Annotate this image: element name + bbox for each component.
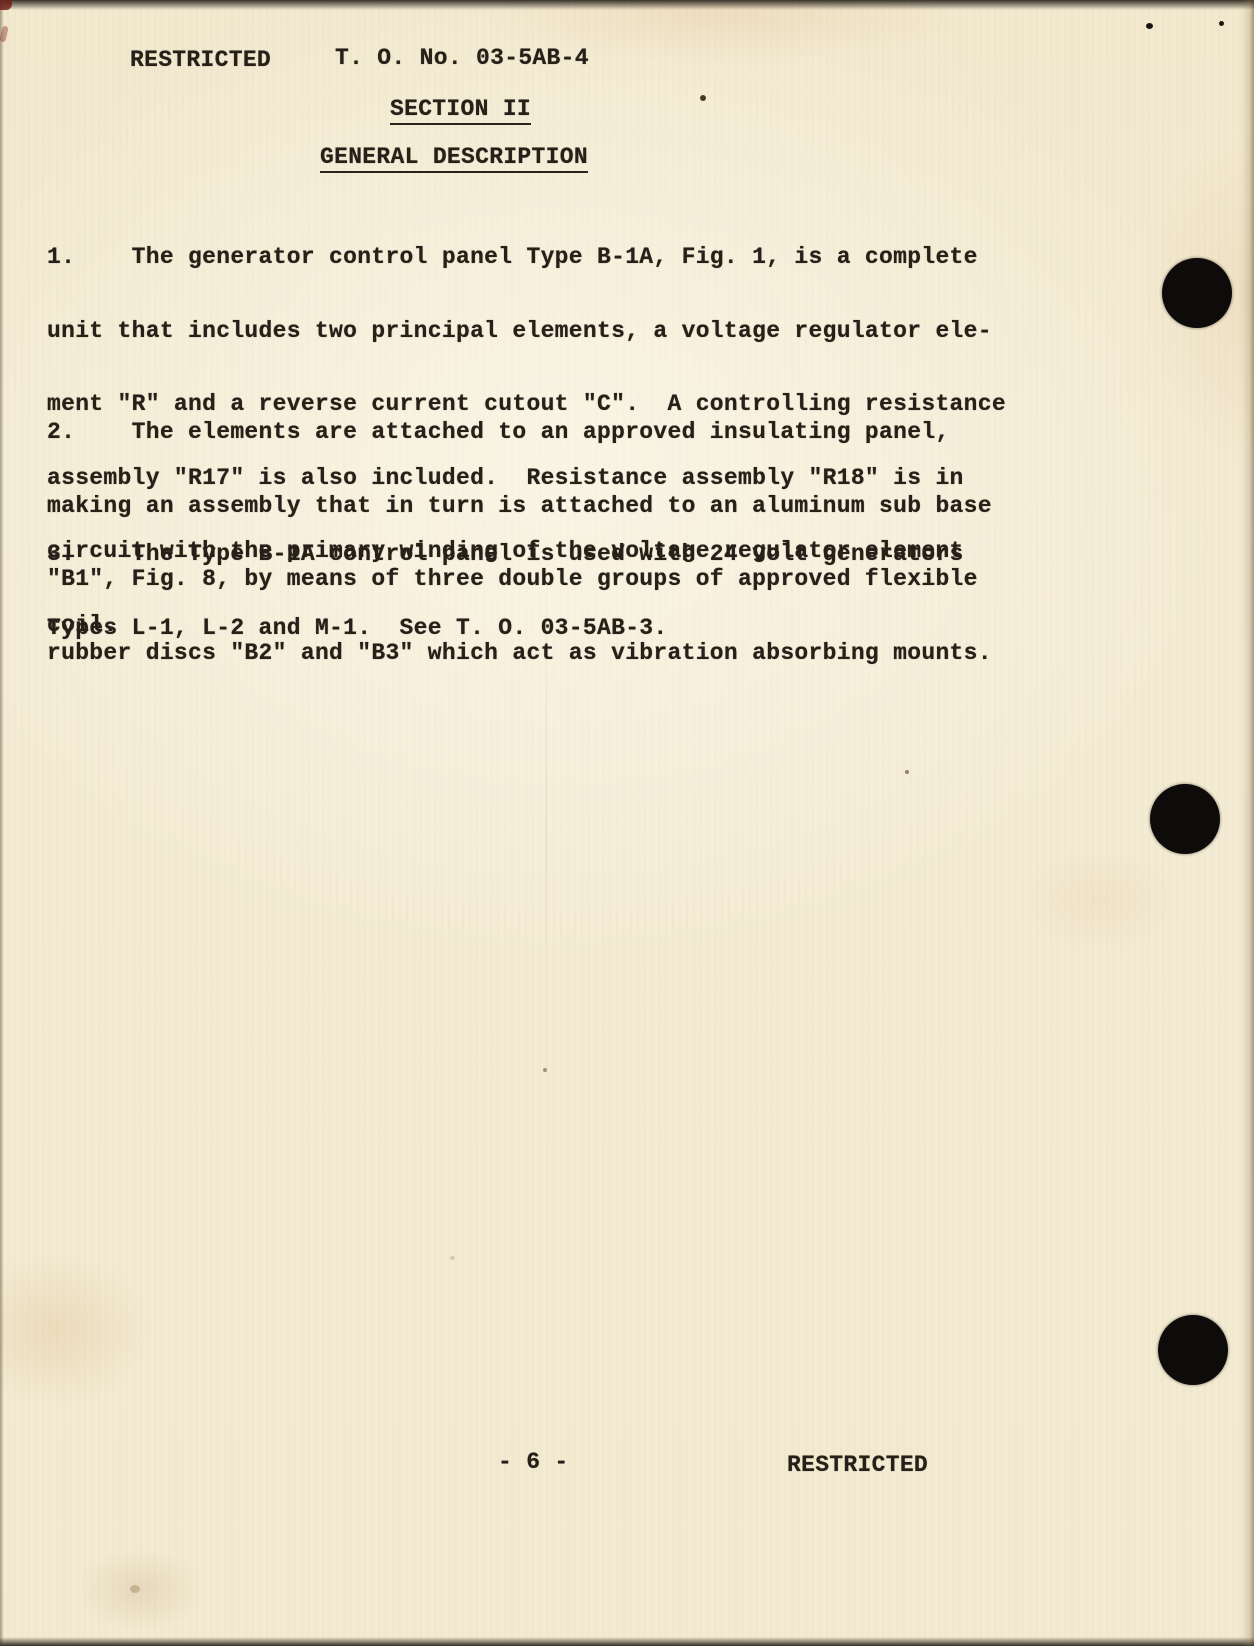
classification-footer: RESTRICTED [787, 1453, 928, 1478]
technical-order-number: T. O. No. 03-5AB-4 [335, 46, 589, 71]
paragraph-3-line-2: Types L-1, L-2 and M-1. See T. O. 03-5AB… [47, 616, 964, 641]
page-number: - 6 - [498, 1450, 569, 1475]
page-edge-right [1240, 0, 1254, 1646]
classification-header: RESTRICTED [130, 48, 271, 73]
binder-hole-top [1162, 258, 1232, 328]
stain-speck [905, 770, 909, 774]
paragraph-3: 3. The Type B-1A control panel is used w… [47, 493, 964, 689]
scan-edge-left [0, 0, 4, 1646]
binder-hole-bottom [1158, 1315, 1228, 1385]
stain-speck [450, 1256, 455, 1260]
ink-speck [1219, 21, 1224, 26]
scan-edge-bottom [0, 1637, 1254, 1646]
stain-speck [130, 1585, 140, 1593]
section-subtitle: GENERAL DESCRIPTION [320, 145, 588, 173]
paragraph-1-line-1: 1. The generator control panel Type B-1A… [47, 245, 1006, 270]
paragraph-1-line-2: unit that includes two principal element… [47, 319, 1006, 344]
scan-edge-top [0, 0, 1254, 10]
scanned-document-page: RESTRICTED T. O. No. 03-5AB-4 SECTION II… [0, 0, 1254, 1646]
paragraph-2-line-1: 2. The elements are attached to an appro… [47, 420, 992, 445]
ink-speck [1146, 23, 1153, 29]
paragraph-3-line-1: 3. The Type B-1A control panel is used w… [47, 542, 964, 567]
section-title: SECTION II [390, 97, 531, 125]
binder-hole-middle [1150, 784, 1220, 854]
red-pencil-mark [0, 26, 9, 43]
stain-speck [543, 1068, 547, 1072]
stain-speck [700, 95, 706, 101]
